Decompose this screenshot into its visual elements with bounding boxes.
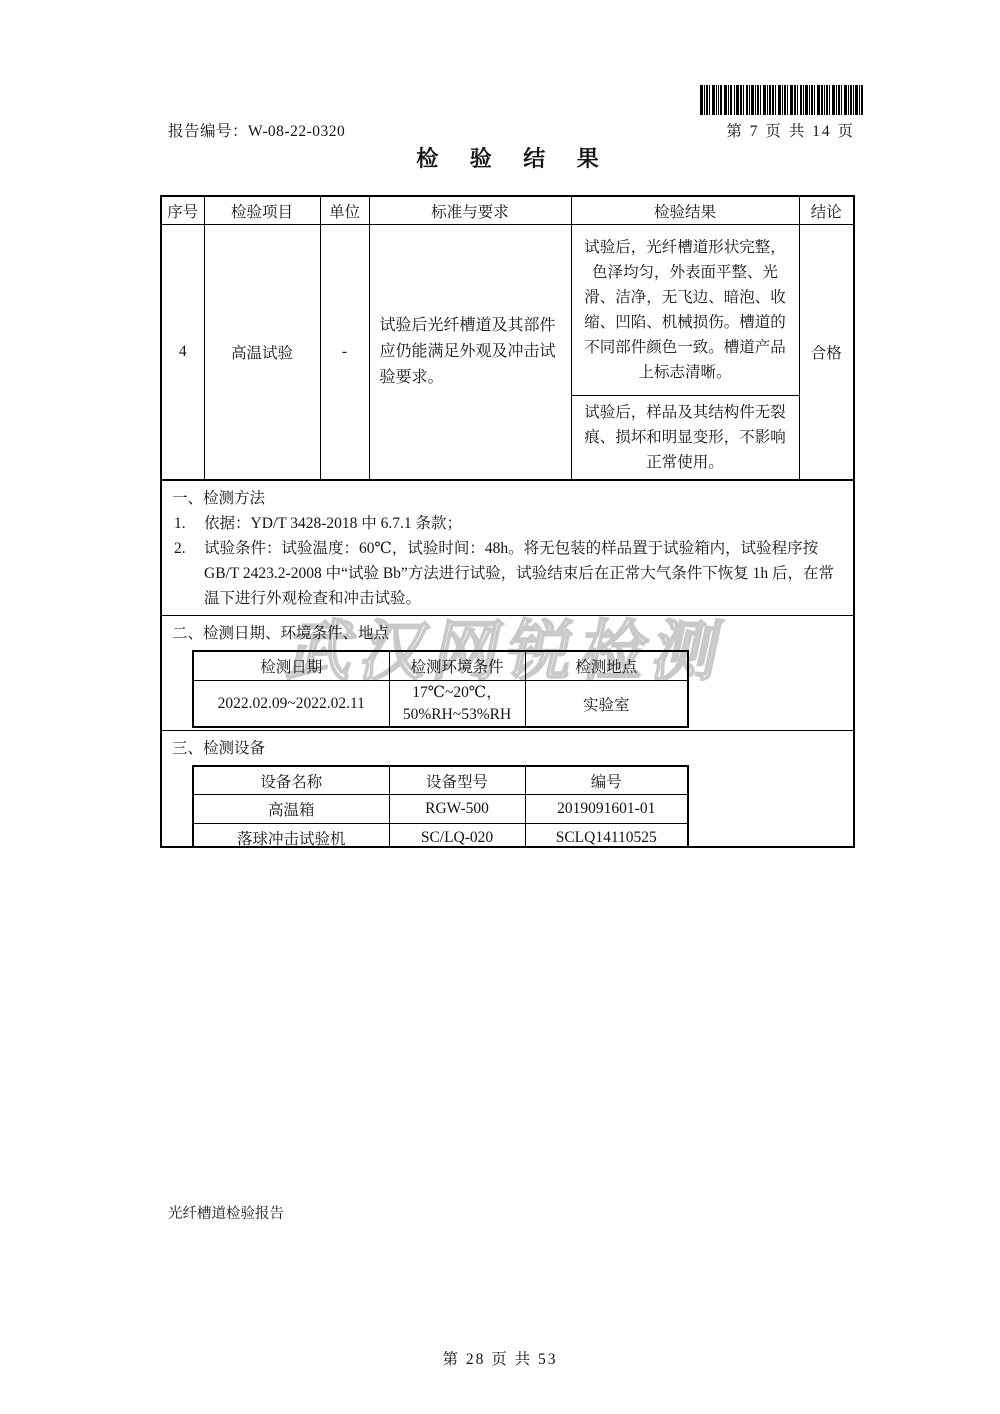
col-header-equipment-serial: 编号 (525, 766, 688, 795)
cell-test-item: 高温试验 (204, 225, 320, 480)
footer-doc-title: 光纤槽道检验报告 (168, 1202, 284, 1223)
cell-location: 实验室 (525, 681, 688, 728)
table-row: 2022.02.09~2022.02.11 17℃~20℃， 50%RH~53%… (193, 681, 688, 728)
cell-test-date: 2022.02.09~2022.02.11 (193, 681, 389, 728)
section-equipment: 三、检测设备 设备名称 设备型号 编号 高温箱 RGW-500 20190916… (162, 730, 853, 846)
col-header-result: 检验结果 (571, 197, 799, 225)
document-page: 武汉网锐检测 报告编号：W-08-22-0320 第 7 页 共 14 页 检 … (0, 0, 1000, 1414)
cell-equipment-name: 落球冲击试验机 (193, 824, 389, 847)
cell-equipment-serial: 2019091601-01 (525, 795, 688, 824)
env-humidity: 50%RH~53%RH (390, 704, 525, 726)
method-item: 2. 试验条件：试验温度：60℃，试验时间：48h。将无包装的样品置于试验箱内，… (174, 536, 841, 611)
section-conditions-title: 二、检测日期、环境条件、地点 (172, 622, 841, 646)
equipment-table: 设备名称 设备型号 编号 高温箱 RGW-500 2019091601-01 落… (192, 765, 689, 846)
method-item-number: 1. (174, 511, 204, 536)
section-method-title: 一、检测方法 (172, 487, 841, 511)
col-header-seq: 序号 (162, 197, 204, 225)
table-row: 落球冲击试验机 SC/LQ-020 SCLQ14110525 (193, 824, 688, 847)
col-header-equipment-name: 设备名称 (193, 766, 389, 795)
conditions-table: 检测日期 检测环境条件 检测地点 2022.02.09~2022.02.11 1… (192, 650, 689, 728)
col-header-equipment-model: 设备型号 (389, 766, 525, 795)
page-title: 检 验 结 果 (160, 142, 855, 173)
page-indicator: 第 7 页 共 14 页 (726, 119, 855, 141)
report-body: 序号 检验项目 单位 标准与要求 检验结果 结论 4 高温试验 - 试验后光纤槽… (160, 195, 855, 848)
method-item-number: 2. (174, 536, 204, 611)
section-conditions: 二、检测日期、环境条件、地点 检测日期 检测环境条件 检测地点 2022.02.… (162, 615, 853, 730)
cell-conclusion: 合格 (799, 225, 853, 480)
table-row: 高温箱 RGW-500 2019091601-01 (193, 795, 688, 824)
cell-result-appearance: 试验后，光纤槽道形状完整，色泽均匀，外表面平整、光滑、洁净，无飞边、暗泡、收缩、… (571, 225, 799, 396)
cell-equipment-serial: SCLQ14110525 (525, 824, 688, 847)
barcode-icon (700, 85, 863, 115)
col-header-standard: 标准与要求 (369, 197, 571, 225)
method-item-text: 依据：YD/T 3428-2018 中 6.7.1 条款； (204, 511, 841, 536)
col-header-conclusion: 结论 (799, 197, 853, 225)
cell-unit: - (320, 225, 369, 480)
col-header-test-date: 检测日期 (193, 651, 389, 681)
env-temperature: 17℃~20℃， (390, 682, 525, 704)
col-header-item: 检验项目 (204, 197, 320, 225)
method-item: 1. 依据：YD/T 3428-2018 中 6.7.1 条款； (174, 511, 841, 536)
col-header-env-condition: 检测环境条件 (389, 651, 525, 681)
cell-result-structure: 试验后，样品及其结构件无裂痕、损坏和明显变形，不影响正常使用。 (571, 396, 799, 480)
method-item-text: 试验条件：试验温度：60℃，试验时间：48h。将无包装的样品置于试验箱内，试验程… (204, 536, 841, 611)
cell-equipment-model: SC/LQ-020 (389, 824, 525, 847)
results-table: 序号 检验项目 单位 标准与要求 检验结果 结论 4 高温试验 - 试验后光纤槽… (162, 197, 853, 480)
report-number: 报告编号：W-08-22-0320 (168, 119, 345, 141)
section-equipment-title: 三、检测设备 (172, 737, 841, 761)
footer-page-number: 第 28 页 共 53 (0, 1347, 1000, 1369)
cell-equipment-model: RGW-500 (389, 795, 525, 824)
col-header-unit: 单位 (320, 197, 369, 225)
section-method: 一、检测方法 1. 依据：YD/T 3428-2018 中 6.7.1 条款； … (162, 480, 853, 615)
cell-equipment-name: 高温箱 (193, 795, 389, 824)
col-header-location: 检测地点 (525, 651, 688, 681)
cell-seq-number: 4 (162, 225, 204, 480)
cell-standard-requirement: 试验后光纤槽道及其部件应仍能满足外观及冲击试验要求。 (369, 225, 571, 480)
cell-env-condition: 17℃~20℃， 50%RH~53%RH (389, 681, 525, 728)
